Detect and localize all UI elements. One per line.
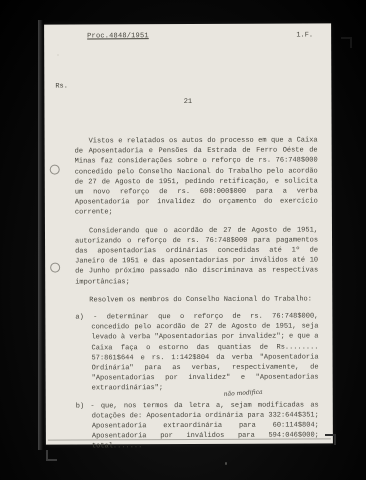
microfilm-photo: Proc.4848/1951 1.F. Rs. 21 Vistos e rela… (0, 0, 366, 480)
dust-speck (225, 462, 227, 465)
document-header: Proc.4848/1951 1.F. (44, 31, 331, 32)
document-body: Vistos e relatados os autos do processo … (75, 135, 319, 459)
corner-mark-icon (341, 37, 352, 48)
film-edge-highlight (38, 20, 43, 450)
dust-speck (57, 54, 59, 56)
paragraph-considerando: Considerando que o acordão de 27 de Agos… (75, 225, 318, 287)
paragraph-vistos: Vistos e relatados os autos do processo … (75, 135, 318, 218)
item-b: b) - que, nos termos da letra a, sejam m… (76, 400, 319, 452)
page-number: 21 (44, 97, 331, 106)
margin-note: Rs. (55, 83, 68, 91)
item-a: a) - determinar que o reforço de rs. 76:… (75, 311, 318, 394)
punch-hole-icon (50, 165, 60, 175)
folio-mark: 1.F. (296, 31, 313, 39)
corner-mark-icon (46, 450, 57, 461)
process-number: Proc.4848/1951 (87, 32, 149, 40)
punch-hole-icon (50, 263, 60, 273)
paragraph-resolvem: Resolvem os membros do Conselho Nacional… (75, 294, 318, 305)
corner-mark-icon (325, 434, 336, 445)
document-page: Proc.4848/1951 1.F. Rs. 21 Vistos e rela… (44, 23, 333, 444)
